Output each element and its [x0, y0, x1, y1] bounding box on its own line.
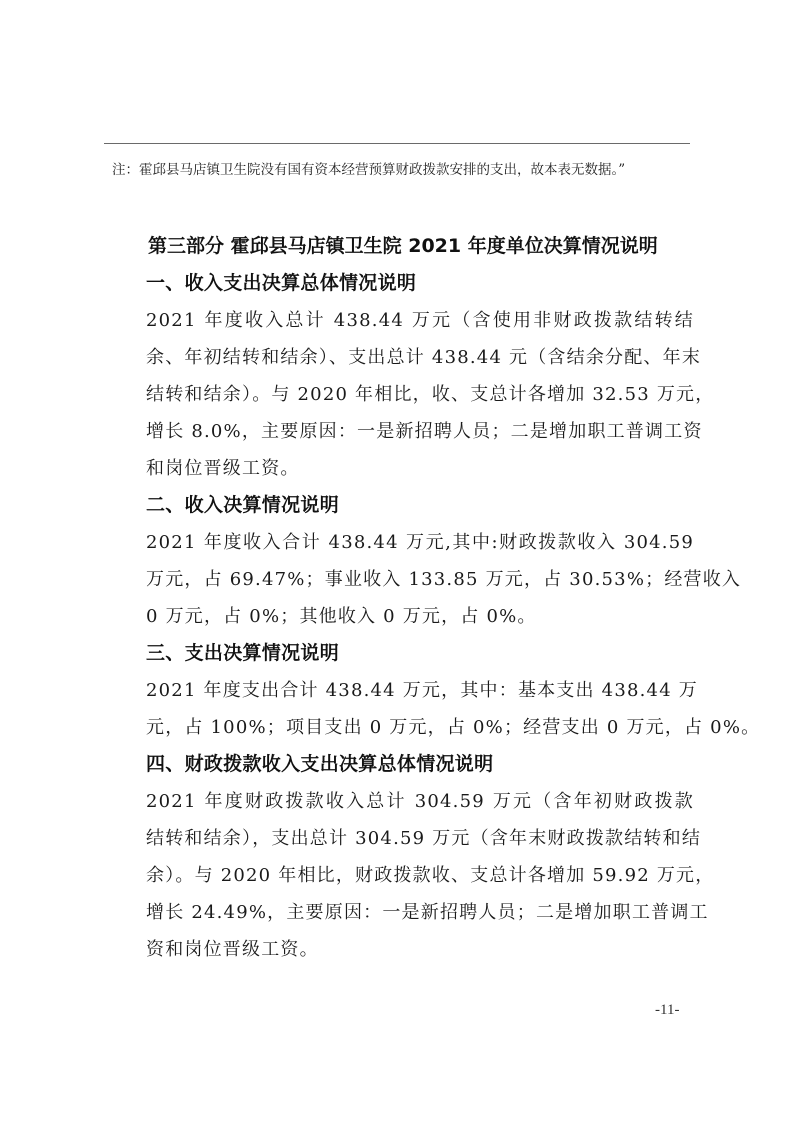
paragraph-line: 0 万元，占 0%；其他收入 0 万元，占 0%。	[108, 598, 694, 635]
section-heading: 二、收入决算情况说明	[108, 487, 694, 524]
document-body: 第三部分 霍邱县马店镇卫生院 2021 年度单位决算情况说明 一、收入支出决算总…	[108, 228, 694, 968]
section-paragraph: 2021 年度财政拨款收入总计 304.59 万元（含年初财政拨款 结转和结余）…	[108, 783, 694, 968]
paragraph-line: 2021 年度支出合计 438.44 万元，其中：基本支出 438.44 万	[108, 672, 694, 709]
section-heading: 三、支出决算情况说明	[108, 635, 694, 672]
section-4: 四、财政拨款收入支出决算总体情况说明 2021 年度财政拨款收入总计 304.5…	[108, 746, 694, 968]
paragraph-line: 2021 年度财政拨款收入总计 304.59 万元（含年初财政拨款	[108, 783, 694, 820]
section-2: 二、收入决算情况说明 2021 年度收入合计 438.44 万元,其中:财政拨款…	[108, 487, 694, 635]
paragraph-line: 元，占 100%；项目支出 0 万元，占 0%；经营支出 0 万元，占 0%。	[108, 709, 694, 746]
paragraph-line: 增长 8.0%，主要原因：一是新招聘人员；二是增加职工普调工资	[108, 413, 694, 450]
paragraph-line: 余）。与 2020 年相比，财政拨款收、支总计各增加 59.92 万元，	[108, 857, 694, 894]
paragraph-line: 资和岗位晋级工资。	[108, 931, 694, 968]
section-paragraph: 2021 年度收入总计 438.44 万元（含使用非财政拨款结转结 余、年初结转…	[108, 302, 694, 487]
paragraph-line: 和岗位晋级工资。	[108, 450, 694, 487]
section-heading: 一、收入支出决算总体情况说明	[108, 265, 694, 302]
header-divider	[104, 143, 690, 144]
paragraph-line: 2021 年度收入总计 438.44 万元（含使用非财政拨款结转结	[108, 302, 694, 339]
paragraph-line: 结转和结余），支出总计 304.59 万元（含年末财政拨款结转和结	[108, 820, 694, 857]
paragraph-line: 2021 年度收入合计 438.44 万元,其中:财政拨款收入 304.59	[108, 524, 694, 561]
section-paragraph: 2021 年度支出合计 438.44 万元，其中：基本支出 438.44 万 元…	[108, 672, 694, 746]
part-title: 第三部分 霍邱县马店镇卫生院 2021 年度单位决算情况说明	[108, 228, 694, 265]
paragraph-line: 万元，占 69.47%；事业收入 133.85 万元，占 30.53%；经营收入	[108, 561, 694, 598]
page-number: -11-	[655, 1002, 679, 1019]
section-heading: 四、财政拨款收入支出决算总体情况说明	[108, 746, 694, 783]
table-footnote: 注：霍邱县马店镇卫生院没有国有资本经营预算财政拨款安排的支出，故本表无数据。”	[112, 160, 712, 180]
section-3: 三、支出决算情况说明 2021 年度支出合计 438.44 万元，其中：基本支出…	[108, 635, 694, 746]
paragraph-line: 结转和结余）。与 2020 年相比，收、支总计各增加 32.53 万元，	[108, 376, 694, 413]
paragraph-line: 增长 24.49%，主要原因：一是新招聘人员；二是增加职工普调工	[108, 894, 694, 931]
paragraph-line: 余、年初结转和结余）、支出总计 438.44 元（含结余分配、年末	[108, 339, 694, 376]
section-1: 一、收入支出决算总体情况说明 2021 年度收入总计 438.44 万元（含使用…	[108, 265, 694, 487]
section-paragraph: 2021 年度收入合计 438.44 万元,其中:财政拨款收入 304.59 万…	[108, 524, 694, 635]
